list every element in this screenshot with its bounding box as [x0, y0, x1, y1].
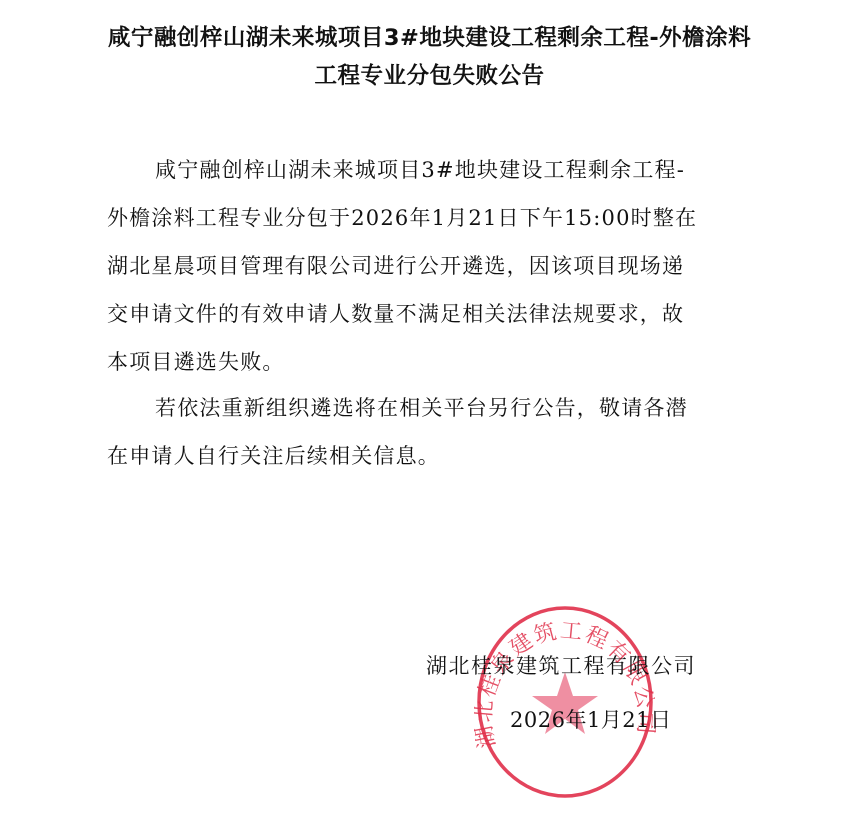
paragraph-line: 若依法重新组织遴选将在相关平台另行公告，敬请各潜: [107, 384, 719, 432]
paragraph-line: 湖北星晨项目管理有限公司进行公开遴选，因该项目现场递: [107, 242, 719, 290]
company-seal-stamp: 湖北桂泉建筑工程有限公司: [474, 602, 656, 802]
document-title-line-1: 咸宁融创梓山湖未来城项目3#地块建设工程剩余工程-外檐涂料: [0, 20, 859, 52]
signature-company: 湖北桂泉建筑工程有限公司: [426, 650, 696, 680]
paragraph-line: 咸宁融创梓山湖未来城项目3#地块建设工程剩余工程-: [107, 146, 719, 194]
body-paragraph-1: 咸宁融创梓山湖未来城项目3#地块建设工程剩余工程- 外檐涂料工程专业分包于202…: [107, 146, 719, 386]
paragraph-line: 外檐涂料工程专业分包于2026年1月21日下午15:00时整在: [107, 194, 719, 242]
document-title-line-2: 工程专业分包失败公告: [0, 58, 859, 90]
paragraph-line: 本项目遴选失败。: [107, 338, 719, 386]
paragraph-line: 在申请人自行关注后续相关信息。: [107, 432, 719, 480]
signature-date: 2026年1月21日: [510, 704, 672, 734]
body-paragraph-2: 若依法重新组织遴选将在相关平台另行公告，敬请各潜 在申请人自行关注后续相关信息。: [107, 384, 719, 480]
paragraph-line: 交申请文件的有效申请人数量不满足相关法律法规要求，故: [107, 290, 719, 338]
seal-icon: 湖北桂泉建筑工程有限公司: [474, 602, 656, 802]
